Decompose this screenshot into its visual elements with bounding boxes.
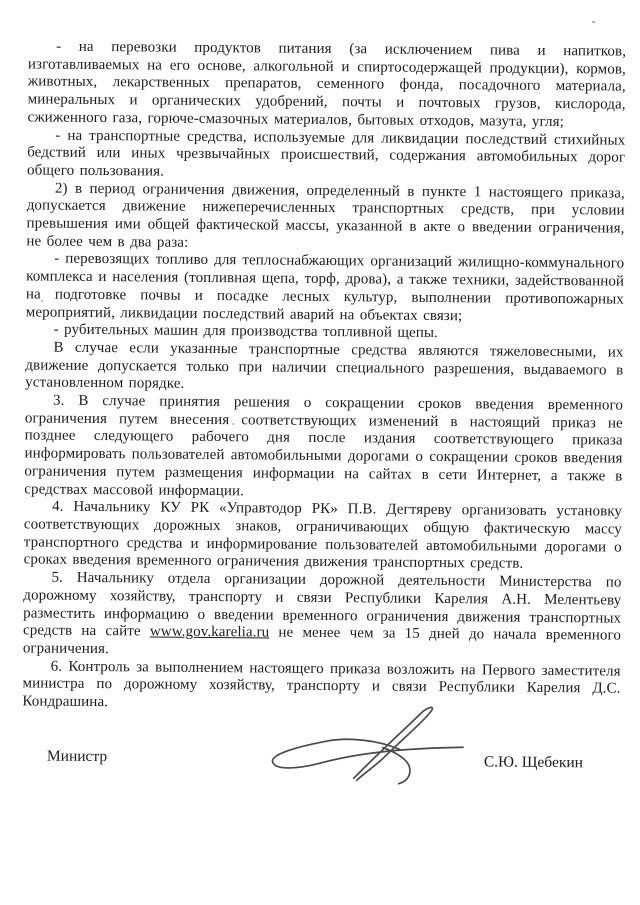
- text-run: - на перевозки продуктов питания (за иск…: [27, 39, 626, 130]
- text-run: 3. В случае принятия решения о сокращени…: [24, 393, 623, 499]
- text-run: 4. Начальнику КУ РК «Управтодор РК» П.В.…: [24, 499, 623, 572]
- paragraph: - на перевозки продуктов питания (за иск…: [27, 38, 626, 132]
- document-body: - на перевозки продуктов питания (за иск…: [22, 38, 626, 716]
- text-run: В случае если указанные транспортные сре…: [25, 340, 623, 393]
- paragraph: - перевозящих топливо для теплоснабжающи…: [26, 251, 625, 327]
- document-content: - на перевозки продуктов питания (за иск…: [21, 38, 626, 851]
- paragraph: 4. Начальнику КУ РК «Управтодор РК» П.В.…: [24, 499, 623, 575]
- signature-block: Министр С.Ю. Щебекин: [21, 711, 620, 851]
- text-run: - перевозящих топливо для теплоснабжающи…: [26, 251, 625, 324]
- scan-speck: [592, 21, 595, 23]
- website-link: www.gov.karelia.ru: [150, 624, 270, 641]
- minister-name: С.Ю. Щебекин: [484, 753, 583, 772]
- paragraph: В случае если указанные транспортные сре…: [25, 339, 623, 397]
- text-run: 2) в период ограничения движения, опреде…: [26, 180, 625, 250]
- paragraph: 5. Начальнику отдела организации дорожно…: [23, 569, 622, 663]
- scanned-document-page: - на перевозки продуктов питания (за иск…: [0, 0, 640, 905]
- paragraph: 3. В случае принятия решения о сокращени…: [24, 392, 623, 503]
- text-run: - рубительных машин для производства топ…: [54, 322, 438, 341]
- minister-post-label: Министр: [47, 747, 107, 766]
- signature-scribble: [258, 699, 469, 811]
- text-run: - на транспортные средства, используемые…: [27, 127, 625, 179]
- paragraph: - на транспортные средства, используемые…: [27, 127, 625, 185]
- paragraph: 2) в период ограничения движения, опреде…: [26, 180, 625, 256]
